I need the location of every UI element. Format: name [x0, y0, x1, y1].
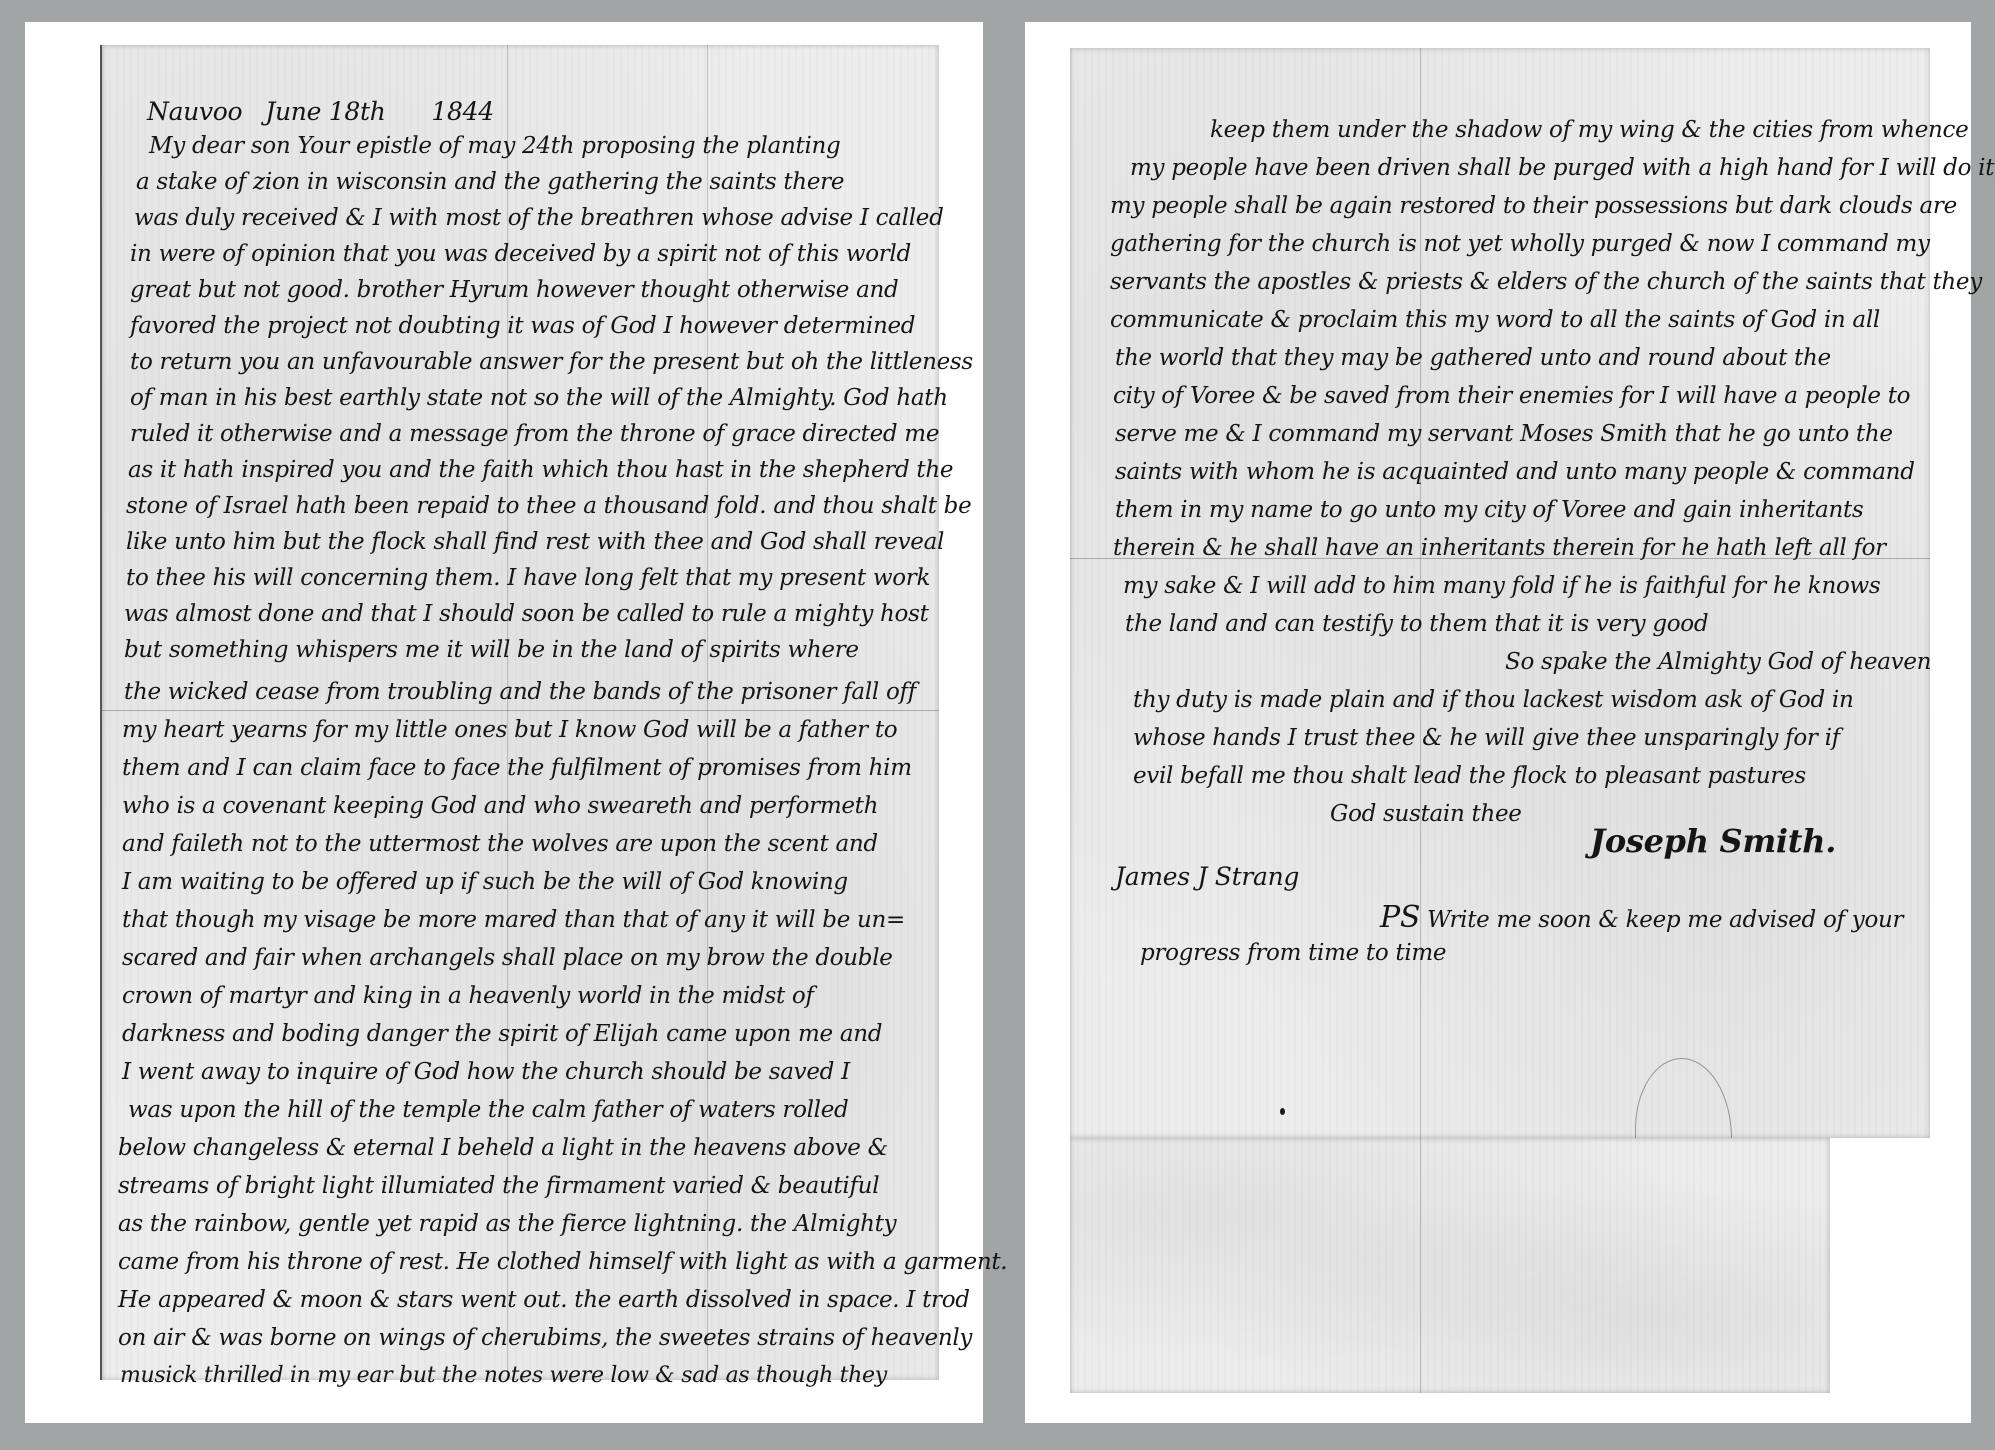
text-line: like unto him but the flock shall find r… — [126, 529, 944, 555]
right-page-panel: keep them under the shadow of my wing & … — [1025, 22, 1971, 1423]
text-line: city of Voree & be saved from their enem… — [1113, 383, 1910, 409]
text-line: and faileth not to the uttermost the wol… — [122, 831, 878, 857]
text-line: my heart yearns for my little ones but I… — [122, 717, 897, 743]
text-line: ruled it otherwise and a message from th… — [130, 421, 939, 447]
text-line: great but not good. brother Hyrum howeve… — [130, 277, 898, 303]
text-line: to thee his will concerning them. I have… — [126, 565, 930, 591]
text-line: saints with whom he is acquainted and un… — [1115, 459, 1915, 485]
text-line: scared and fair when archangels shall pl… — [122, 945, 893, 971]
text-line: but something whispers me it will be in … — [124, 637, 859, 663]
text-line: on air & was borne on wings of cherubims… — [118, 1325, 972, 1351]
signature: Joseph Smith. — [1590, 822, 1836, 860]
text-line: the wicked cease from troubling and the … — [124, 679, 916, 705]
text-line: as it hath inspired you and the faith wh… — [128, 457, 953, 483]
text-line: keep them under the shadow of my wing & … — [1210, 117, 1968, 143]
text-line: the world that they may be gathered unto… — [1115, 345, 1831, 371]
text-line: below changeless & eternal I beheld a li… — [118, 1135, 888, 1161]
text-line: my people shall be again restored to the… — [1110, 193, 1957, 219]
text-line: gathering for the church is not yet whol… — [1110, 231, 1930, 257]
text-line: that though my visage be more mared than… — [122, 907, 905, 933]
fold-line — [1420, 1138, 1421, 1393]
fold-line — [102, 710, 939, 711]
postscript-line-1: PS Write me soon & keep me advised of yo… — [1380, 900, 1903, 935]
text-line: therein & he shall have an inheritants t… — [1113, 535, 1886, 561]
text-line: was upon the hill of the temple the calm… — [128, 1097, 848, 1123]
text-line: to return you an unfavourable answer for… — [130, 349, 973, 375]
text-line: thy duty is made plain and if thou lacke… — [1133, 687, 1853, 713]
left-page-panel: Nauvoo June 18th 1844 My dear son Your e… — [25, 22, 983, 1423]
text-line: whose hands I trust thee & he will give … — [1133, 725, 1840, 751]
letter-heading: Nauvoo June 18th 1844 — [147, 97, 494, 126]
heading-date: June 18th — [265, 97, 385, 126]
text-line: my people have been driven shall be purg… — [1130, 155, 1995, 181]
text-line: as the rainbow, gentle yet rapid as the … — [118, 1211, 896, 1237]
closing-attribution: So spake the Almighty God of heaven — [1505, 649, 1931, 675]
text-line: I am waiting to be offered up if such be… — [122, 869, 848, 895]
text-line: was duly received & I with most of the b… — [134, 205, 944, 231]
text-line: communicate & proclaim this my word to a… — [1110, 307, 1880, 333]
text-line: My dear son Your epistle of may 24th pro… — [149, 133, 840, 159]
text-line: in were of opinion that you was deceived… — [130, 241, 911, 267]
text-line: I went away to inquire of God how the ch… — [122, 1059, 850, 1085]
text-line: who is a covenant keeping God and who sw… — [122, 793, 878, 819]
postscript-text: Write me soon & keep me advised of your — [1427, 907, 1903, 933]
ink-spot — [1280, 1108, 1285, 1115]
text-line: servants the apostles & priests & elders… — [1110, 269, 1982, 295]
text-line: my sake & I will add to him many fold if… — [1123, 573, 1880, 599]
text-line: serve me & I command my servant Moses Sm… — [1115, 421, 1893, 447]
text-line: was almost done and that I should soon b… — [124, 601, 929, 627]
postscript-line-2: progress from time to time — [1140, 940, 1446, 966]
text-line: He appeared & moon & stars went out. the… — [118, 1287, 970, 1313]
text-line: streams of bright light illumiated the f… — [118, 1173, 879, 1199]
postscript-label: PS — [1380, 900, 1420, 935]
blessing: God sustain thee — [1330, 801, 1522, 827]
text-line: came from his throne of rest. He clothed… — [118, 1249, 1007, 1275]
left-manuscript-page: Nauvoo June 18th 1844 My dear son Your e… — [100, 45, 939, 1380]
text-line: the land and can testify to them that it… — [1125, 611, 1708, 637]
addressee: James J Strang — [1115, 862, 1299, 891]
text-line: crown of martyr and king in a heavenly w… — [122, 983, 814, 1009]
heading-place: Nauvoo — [147, 97, 242, 126]
text-line: musick thrilled in my ear but the notes … — [120, 1363, 887, 1388]
text-line: them in my name to go unto my city of Vo… — [1115, 497, 1863, 523]
text-line: evil befall me thou shalt lead the flock… — [1133, 763, 1806, 789]
text-line: them and I can claim face to face the fu… — [122, 755, 912, 781]
heading-year: 1844 — [431, 97, 493, 126]
right-manuscript-page-lower — [1070, 1138, 1830, 1393]
text-line: stone of Israel hath been repaid to thee… — [126, 493, 971, 519]
text-line: of man in his best earthly state not so … — [130, 385, 948, 411]
text-line: a stake of zion in wisconsin and the gat… — [136, 169, 844, 195]
text-line: favored the project not doubting it was … — [130, 313, 915, 339]
text-line: darkness and boding danger the spirit of… — [122, 1021, 882, 1047]
